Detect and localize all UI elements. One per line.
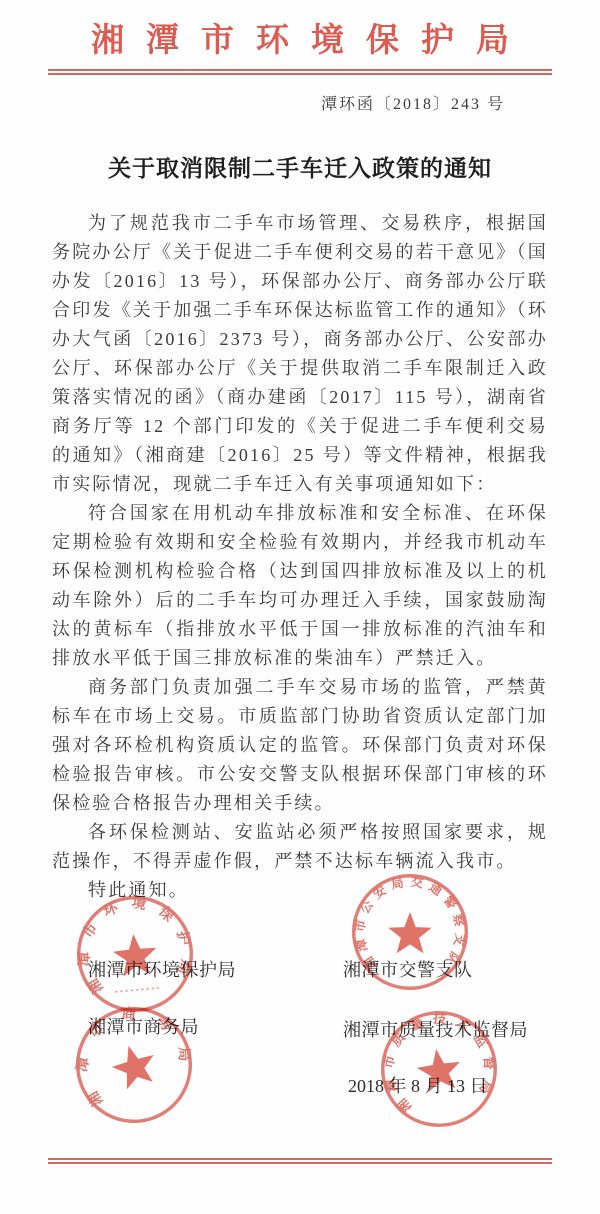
notice-title: 关于取消限制二手车迁入政策的通知 bbox=[0, 150, 600, 183]
seal-star-icon bbox=[388, 912, 431, 953]
seal-star-icon bbox=[108, 1040, 161, 1092]
paragraph-preamble: 为了规范我市二手车市场管理、交易秩序，根据国务院办公厅《关于促进二手车便利交易的… bbox=[52, 209, 548, 499]
header-divider-rule bbox=[48, 69, 552, 75]
seal-star-icon bbox=[112, 932, 159, 977]
footer-divider-rule bbox=[48, 1158, 552, 1164]
paragraph-eligibility: 符合国家在用机动车排放标准和安全标准、在环保定期检验有效期和安全检验有效期内，并… bbox=[52, 499, 548, 673]
paragraph-requirements: 各环保检测站、安监站必须严格按照国家要求，规范操作，不得弄虚作假，严禁不达标车辆… bbox=[52, 818, 548, 876]
red-seal-traffic-police-icon: 湘潭市公安局交通警察支队 bbox=[348, 870, 472, 994]
document-number: 潭环函〔2018〕243 号 bbox=[0, 91, 600, 114]
seal-star-icon bbox=[415, 1046, 464, 1093]
letterhead-agency-name: 湘潭市环境保护局 bbox=[0, 20, 600, 63]
official-notice-document: 湘潭市环境保护局 潭环函〔2018〕243 号 关于取消限制二手车迁入政策的通知… bbox=[0, 0, 600, 1214]
red-seal-quality-bureau-icon: 湘潭市质量技术监督局 bbox=[369, 999, 509, 1139]
notice-body: 为了规范我市二手车市场管理、交易秩序，根据国务院办公厅《关于促进二手车便利交易的… bbox=[52, 209, 548, 905]
paragraph-supervision: 商务部门负责加强二手车交易市场的监管，严禁黄标车在市场上交易。市质监部门协助省资… bbox=[52, 673, 548, 818]
